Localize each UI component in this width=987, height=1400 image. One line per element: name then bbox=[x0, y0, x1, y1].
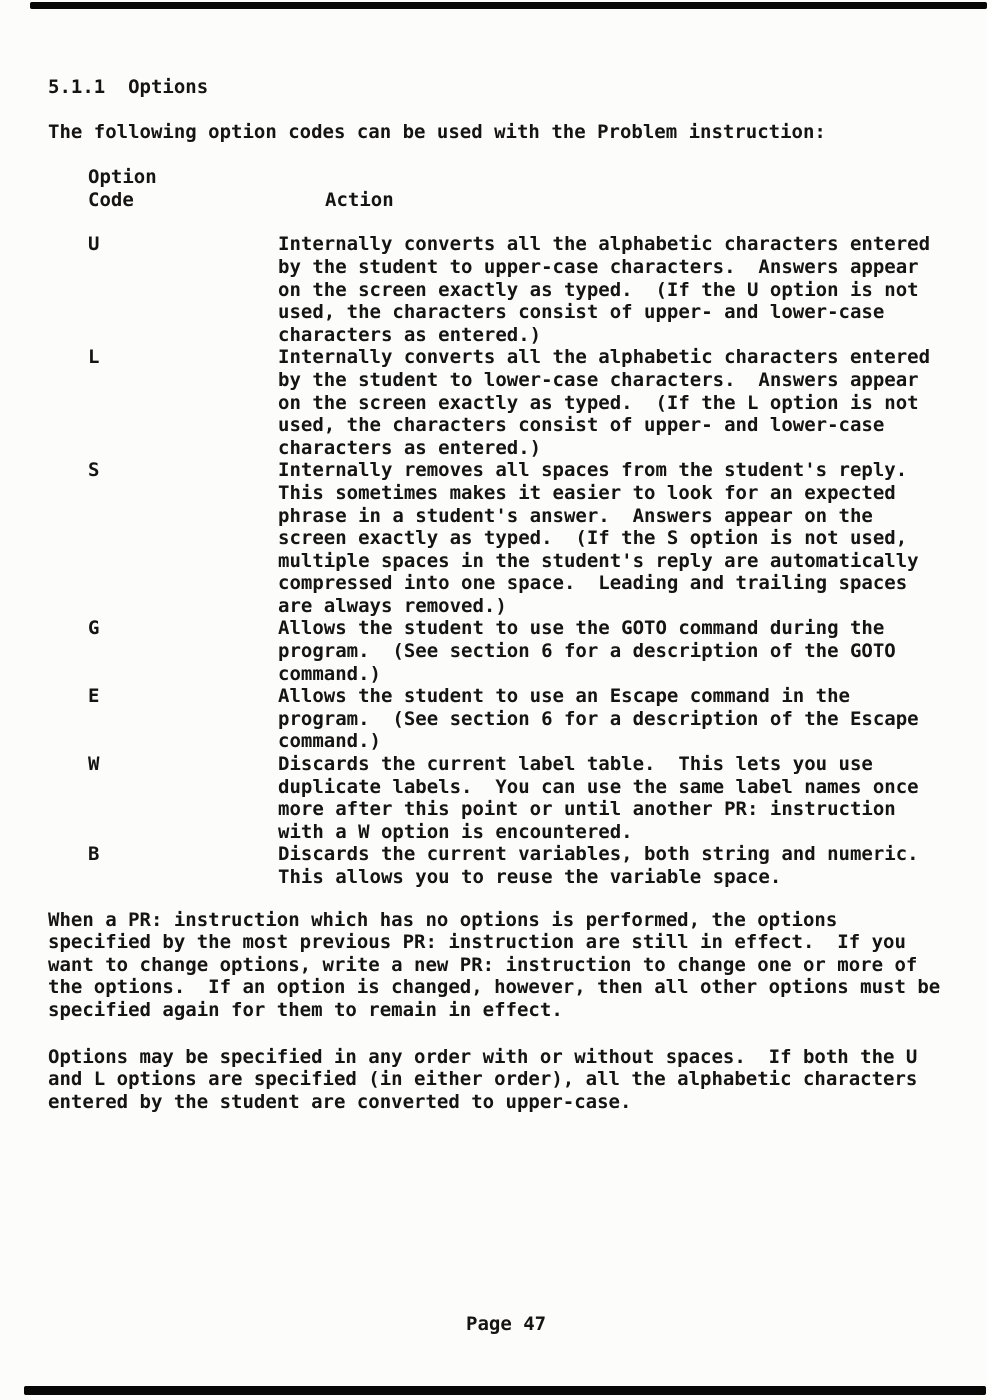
option-description-line: characters as entered.) bbox=[278, 324, 987, 347]
option-row-g: G Allows the student to use the GOTO com… bbox=[88, 617, 987, 685]
option-header-line1: Option bbox=[88, 166, 987, 189]
option-description-line: screen exactly as typed. (If the S optio… bbox=[278, 527, 987, 550]
scan-artifact-bottom-bar bbox=[24, 1386, 986, 1395]
option-row-s: S Internally removes all spaces from the… bbox=[88, 459, 987, 617]
option-code: B bbox=[88, 843, 278, 888]
paragraph-line: entered by the student are converted to … bbox=[48, 1091, 987, 1114]
paragraph-line: specified again for them to remain in ef… bbox=[48, 999, 987, 1022]
paragraph-line: specified by the most previous PR: instr… bbox=[48, 931, 987, 954]
option-code-header: Code bbox=[88, 189, 325, 212]
body-paragraph-1: When a PR: instruction which has no opti… bbox=[48, 909, 987, 1022]
option-description-line: This allows you to reuse the variable sp… bbox=[278, 866, 987, 889]
option-description-line: Discards the current label table. This l… bbox=[278, 753, 987, 776]
option-description-line: Internally converts all the alphabetic c… bbox=[278, 233, 987, 256]
option-description: Allows the student to use an Escape comm… bbox=[278, 685, 987, 753]
option-description-line: on the screen exactly as typed. (If the … bbox=[278, 392, 987, 415]
option-description: Internally removes all spaces from the s… bbox=[278, 459, 987, 617]
option-description-line: used, the characters consist of upper- a… bbox=[278, 301, 987, 324]
option-code: L bbox=[88, 346, 278, 459]
option-code: S bbox=[88, 459, 278, 617]
option-row-w: W Discards the current label table. This… bbox=[88, 753, 987, 843]
option-row-u: U Internally converts all the alphabetic… bbox=[88, 233, 987, 346]
body-paragraph-2: Options may be specified in any order wi… bbox=[48, 1046, 987, 1114]
option-description: Internally converts all the alphabetic c… bbox=[278, 346, 987, 459]
option-description-line: used, the characters consist of upper- a… bbox=[278, 414, 987, 437]
intro-paragraph: The following option codes can be used w… bbox=[48, 121, 987, 144]
paragraph-line: the options. If an option is changed, ho… bbox=[48, 976, 987, 999]
option-description-line: multiple spaces in the student's reply a… bbox=[278, 550, 987, 573]
option-description-line: Discards the current variables, both str… bbox=[278, 843, 987, 866]
option-code: G bbox=[88, 617, 278, 685]
option-description-line: more after this point or until another P… bbox=[278, 798, 987, 821]
document-page: 5.1.1 Options The following option codes… bbox=[0, 0, 987, 1336]
option-description: Discards the current label table. This l… bbox=[278, 753, 987, 843]
option-code: W bbox=[88, 753, 278, 843]
option-description-line: characters as entered.) bbox=[278, 437, 987, 460]
option-description-line: Allows the student to use an Escape comm… bbox=[278, 685, 987, 708]
action-header: Action bbox=[325, 189, 394, 212]
option-code: E bbox=[88, 685, 278, 753]
option-description-line: program. (See section 6 for a descriptio… bbox=[278, 640, 987, 663]
option-description-line: This sometimes makes it easier to look f… bbox=[278, 482, 987, 505]
paragraph-line: want to change options, write a new PR: … bbox=[48, 954, 987, 977]
section-heading: 5.1.1 Options bbox=[48, 76, 987, 99]
option-description-line: Internally removes all spaces from the s… bbox=[278, 459, 987, 482]
options-table: U Internally converts all the alphabetic… bbox=[88, 233, 987, 888]
option-description-line: compressed into one space. Leading and t… bbox=[278, 572, 987, 595]
paragraph-line: When a PR: instruction which has no opti… bbox=[48, 909, 987, 932]
option-description-line: program. (See section 6 for a descriptio… bbox=[278, 708, 987, 731]
option-description-line: Internally converts all the alphabetic c… bbox=[278, 346, 987, 369]
option-description-line: with a W option is encountered. bbox=[278, 821, 987, 844]
option-description-line: command.) bbox=[278, 730, 987, 753]
option-row-b: B Discards the current variables, both s… bbox=[88, 843, 987, 888]
option-description-line: are always removed.) bbox=[278, 595, 987, 618]
option-description: Allows the student to use the GOTO comma… bbox=[278, 617, 987, 685]
option-description-line: by the student to lower-case characters.… bbox=[278, 369, 987, 392]
paragraph-line: and L options are specified (in either o… bbox=[48, 1068, 987, 1091]
option-description-line: duplicate labels. You can use the same l… bbox=[278, 776, 987, 799]
paragraph-line: Options may be specified in any order wi… bbox=[48, 1046, 987, 1069]
option-description-line: phrase in a student's answer. Answers ap… bbox=[278, 505, 987, 528]
scan-artifact-top-bar bbox=[30, 2, 987, 9]
option-description-line: on the screen exactly as typed. (If the … bbox=[278, 279, 987, 302]
option-code: U bbox=[88, 233, 278, 346]
table-header: Option Code Action bbox=[88, 166, 987, 211]
option-description-line: command.) bbox=[278, 663, 987, 686]
option-row-l: L Internally converts all the alphabetic… bbox=[88, 346, 987, 459]
option-description-line: Allows the student to use the GOTO comma… bbox=[278, 617, 987, 640]
option-description-line: by the student to upper-case characters.… bbox=[278, 256, 987, 279]
option-description: Internally converts all the alphabetic c… bbox=[278, 233, 987, 346]
option-description: Discards the current variables, both str… bbox=[278, 843, 987, 888]
page-number: Page 47 bbox=[466, 1313, 987, 1336]
option-row-e: E Allows the student to use an Escape co… bbox=[88, 685, 987, 753]
